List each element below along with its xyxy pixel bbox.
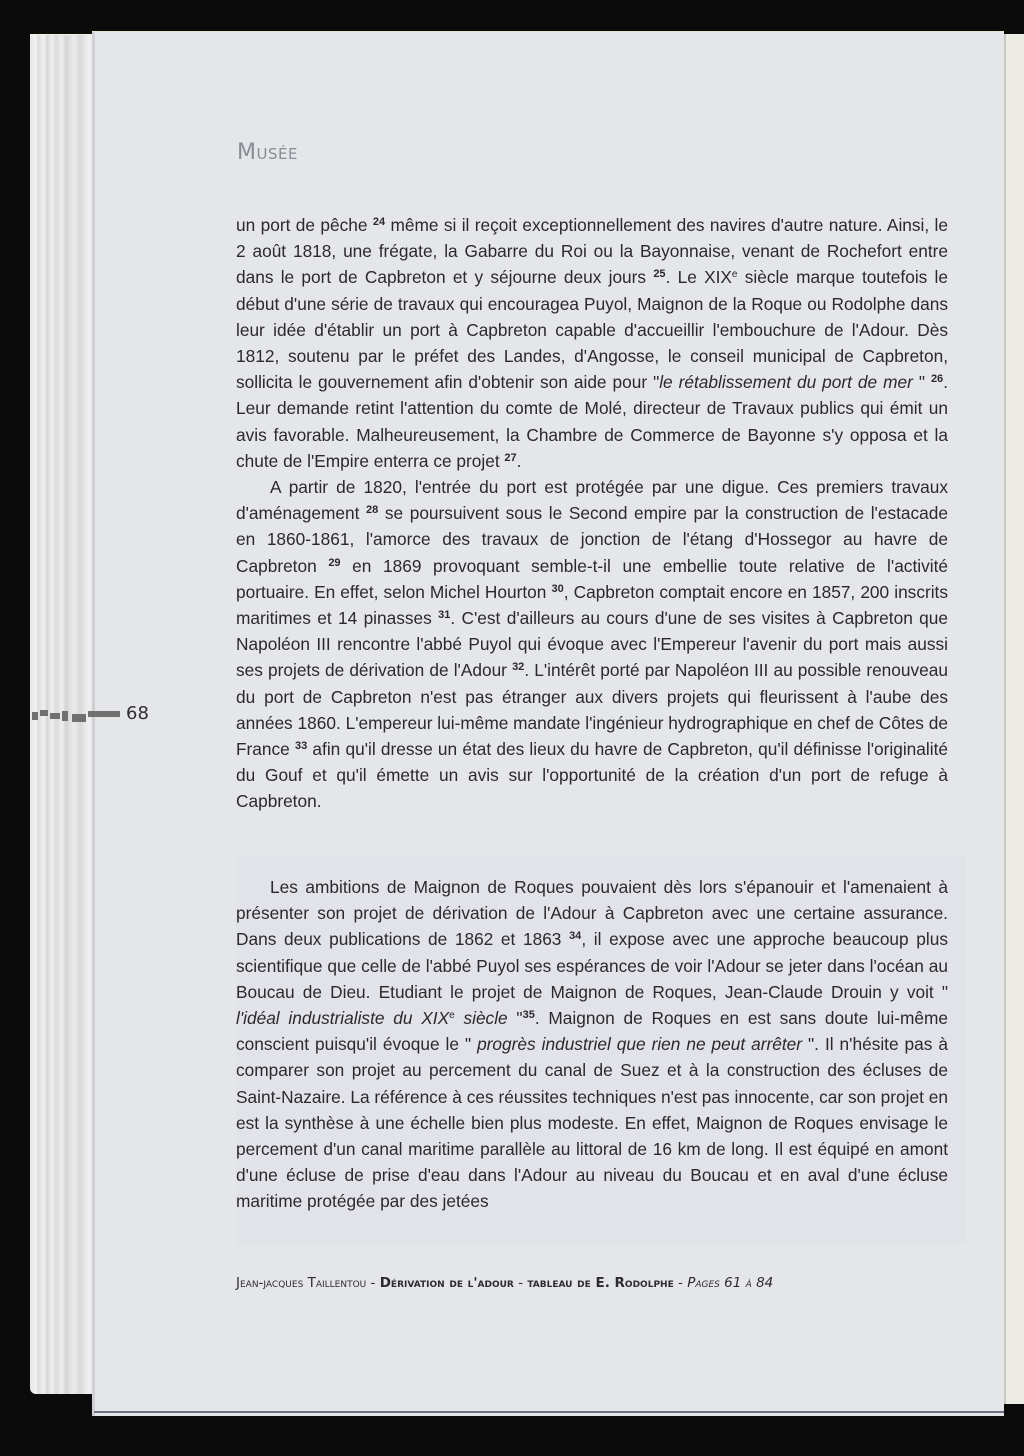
page-bottom-edge [94,1411,1004,1413]
footnote-ref[interactable]: 31 [438,609,450,621]
footnote-ref[interactable]: 28 [366,504,378,516]
footnote-ref[interactable]: 26 [931,373,943,385]
paragraph-1: un port de pêche 24 même si il reçoit ex… [236,212,948,474]
footer-title: Dérivation de l'adour [380,1275,514,1291]
footnote-ref[interactable]: 30 [551,583,563,595]
footnote-ref[interactable]: 24 [373,216,385,228]
quote: le rétablissement du port de mer [659,372,913,392]
footnote-ref[interactable]: 29 [328,557,340,569]
footer-subtitle: tableau de E. Rodolphe [527,1275,673,1291]
body-text-bottom: Les ambitions de Maignon de Roques pouva… [236,874,948,1215]
footnote-ref[interactable]: 33 [295,740,307,752]
page-binding-edge [92,32,95,1416]
paragraph-2: A partir de 1820, l'entrée du port est p… [236,474,948,815]
next-page-edge [1004,34,1024,1404]
paragraph-3: Les ambitions de Maignon de Roques pouva… [236,874,948,1215]
quote: progrès industriel que rien ne peut arrê… [477,1034,802,1054]
footnote-ref[interactable]: 34 [569,930,581,942]
section-title: Musée [237,140,298,165]
footnote-ref[interactable]: 35 [523,1009,535,1021]
thumb-index-mark [32,710,120,722]
footnote-ref[interactable]: 27 [504,452,516,464]
footnote-ref[interactable]: 32 [512,661,524,673]
footer-author: Jean-jacques Taillentou [236,1275,366,1291]
footer-pages: Pages 61 à 84 [687,1275,773,1291]
body-text-top: un port de pêche 24 même si il reçoit ex… [236,212,948,815]
running-footer: Jean-jacques Taillentou - Dérivation de … [236,1275,956,1291]
page-number: 68 [126,703,149,724]
quote: l'idéal industrialiste du XIX [236,1008,449,1028]
footnote-ref[interactable]: 25 [653,268,665,280]
